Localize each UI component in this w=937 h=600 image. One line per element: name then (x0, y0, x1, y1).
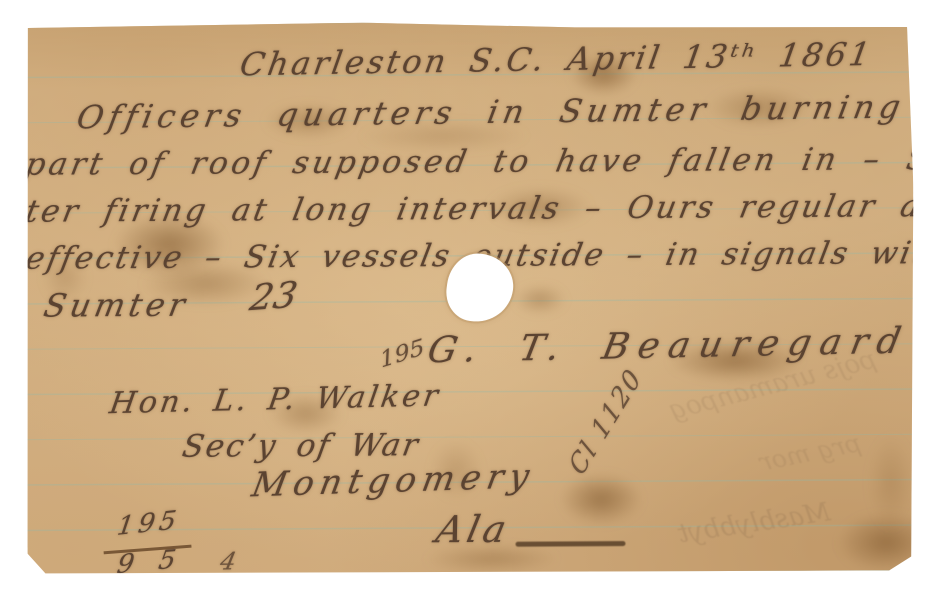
recipient-name: Hon. L. P. Walker (107, 378, 443, 421)
letter-sheet: pojs uramanpog prg mor Masblybbyt Charle… (24, 19, 915, 575)
signature-docket-number: 195 (378, 335, 426, 374)
body-line-2: part of roof supposed to have fallen in … (22, 141, 937, 183)
ink-stain (861, 417, 922, 547)
stray-digit: 4 (218, 547, 239, 575)
body-line-1: Officers quarters in Sumter burning – (74, 87, 937, 137)
ink-stain (546, 464, 656, 535)
body-line-3: ter firing at long intervals – Ours regu… (23, 188, 937, 230)
diagonal-docket: Cl 1120 (564, 363, 649, 482)
recipient-state: Ala (432, 508, 514, 551)
ala-underline-stroke (515, 541, 625, 547)
recipient-city: Montgomery (249, 456, 539, 505)
recipient-title: Sec’y of War (180, 427, 423, 464)
ink-stain (821, 502, 937, 583)
bleedthrough-writing: Masblybbyt (676, 497, 832, 549)
fraction-numerator: 195 (115, 505, 182, 542)
fraction-denominator: 9 5 (115, 544, 186, 580)
flourish-number: 23 (247, 275, 301, 319)
dateline: Charleston S.C. April 13ᵗʰ 1861 (237, 35, 875, 84)
bleedthrough-writing: prg mor (757, 428, 863, 477)
body-line-5: Sumter (41, 286, 192, 325)
ink-stain (505, 279, 575, 319)
